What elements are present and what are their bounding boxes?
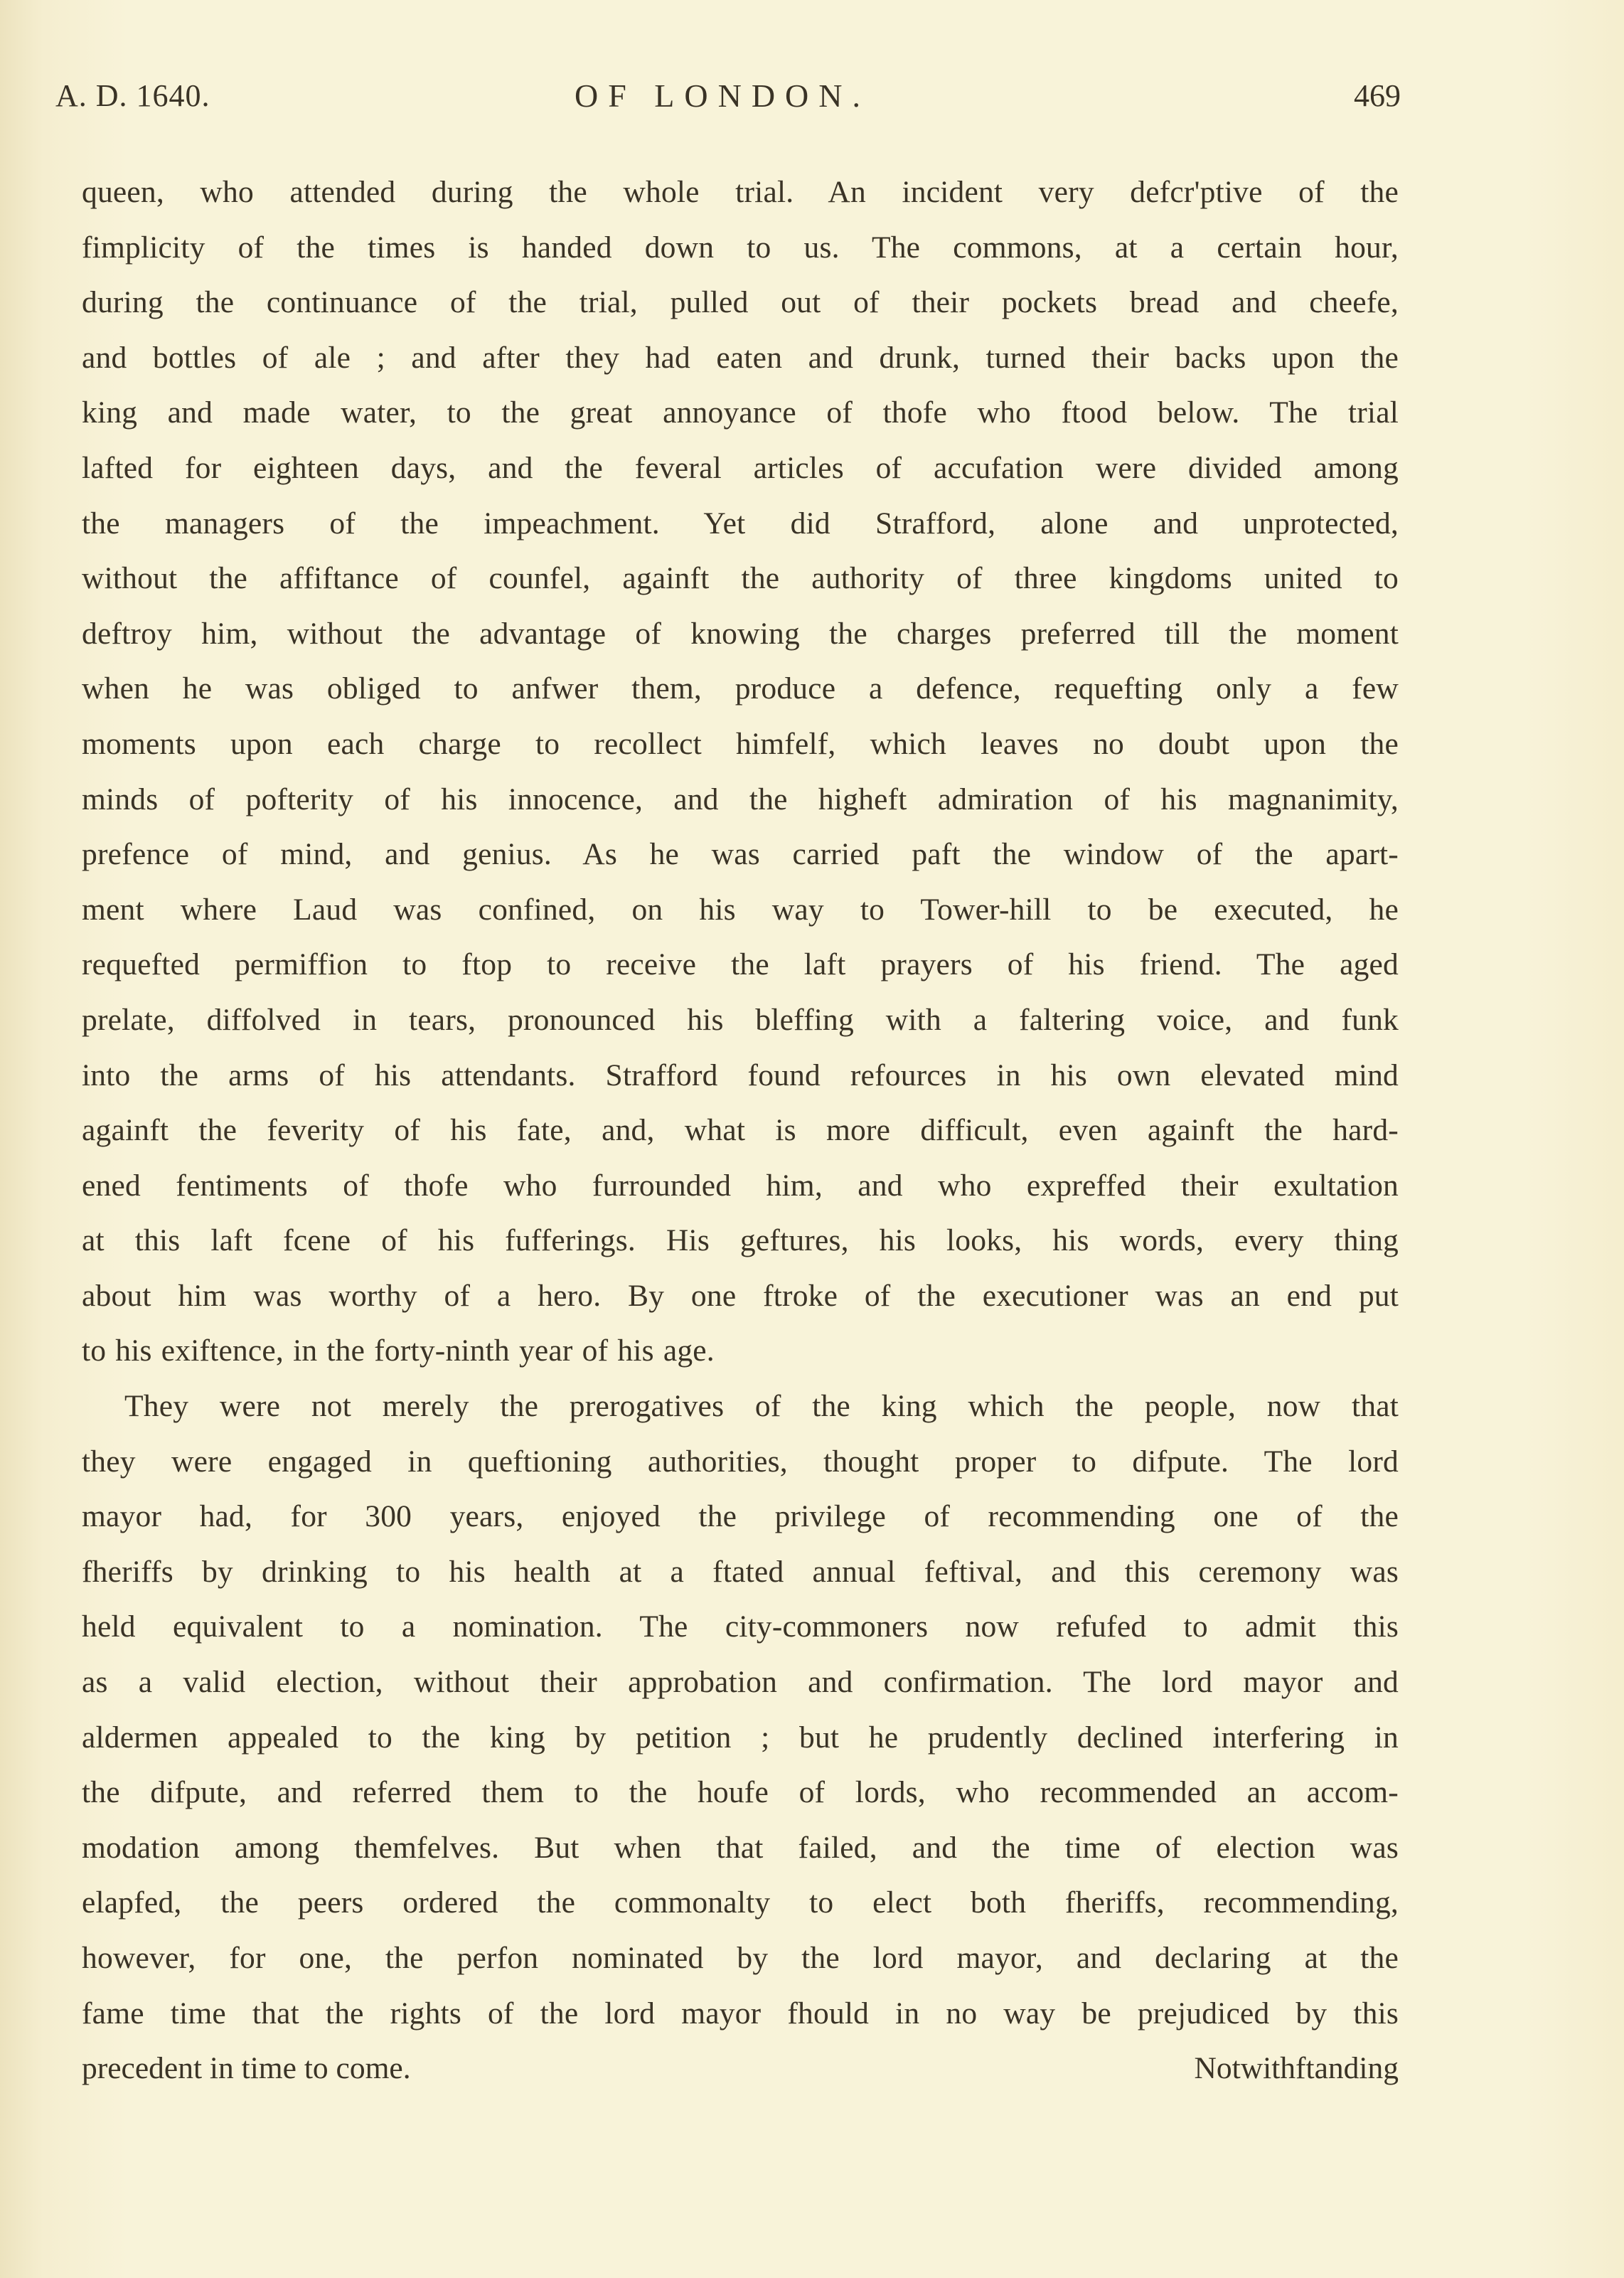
text-line: fimplicity of the times is handed down t… <box>82 220 1399 276</box>
text-line: they were engaged in queftioning authori… <box>82 1435 1399 1490</box>
text-line: and bottles of ale ; and after they had … <box>82 331 1399 386</box>
book-page: A. D. 1640. OF LONDON. 469 queen, who at… <box>0 0 1624 2278</box>
body-text: queen, who attended during the whole tri… <box>82 165 1399 2097</box>
text-line: mayor had, for 300 years, enjoyed the pr… <box>82 1489 1399 1545</box>
text-line: aldermen appealed to the king by petitio… <box>82 1710 1399 1766</box>
text-line: held equivalent to a nomination. The cit… <box>82 1600 1399 1655</box>
text-line: to his exiftence, in the forty-ninth yea… <box>82 1324 1399 1379</box>
text-line: elapfed, the peers ordered the commonalt… <box>82 1875 1399 1931</box>
text-line: requefted permiffion to ftop to receive … <box>82 937 1399 993</box>
text-line: prefence of mind, and genius. As he was … <box>82 827 1399 883</box>
text-line: ment where Laud was confined, on his way… <box>82 883 1399 938</box>
text-line: deftroy him, without the advantage of kn… <box>82 607 1399 662</box>
text-line: when he was obliged to anfwer them, prod… <box>82 661 1399 717</box>
text-line: into the arms of his attendants. Straffo… <box>82 1048 1399 1104</box>
text-line: They were not merely the prerogatives of… <box>82 1379 1399 1435</box>
final-line-row: precedent in time to come. Notwithftandi… <box>82 2041 1399 2097</box>
text-line: without the affiftance of counfel, again… <box>82 551 1399 607</box>
text-line: queen, who attended during the whole tri… <box>82 165 1399 220</box>
text-line: ened fentiments of thofe who furrounded … <box>82 1159 1399 1214</box>
text-line: as a valid election, without their appro… <box>82 1655 1399 1710</box>
paragraph: They were not merely the prerogatives of… <box>82 1379 1399 2041</box>
running-head: A. D. 1640. OF LONDON. 469 <box>55 71 1401 121</box>
text-line: lafted for eighteen days, and the fevera… <box>82 441 1399 496</box>
text-line: king and made water, to the great annoya… <box>82 385 1399 441</box>
running-head-title: OF LONDON. <box>575 71 870 121</box>
final-line-text: precedent in time to come. <box>82 2041 411 2097</box>
text-line: modation among themfelves. But when that… <box>82 1821 1399 1876</box>
text-line: about him was worthy of a hero. By one f… <box>82 1269 1399 1324</box>
text-line: fheriffs by drinking to his health at a … <box>82 1545 1399 1600</box>
page-number: 469 <box>1354 71 1401 121</box>
catchword: Notwithftanding <box>1194 2041 1399 2097</box>
text-line: during the continuance of the trial, pul… <box>82 275 1399 331</box>
text-line: however, for one, the perfon nominated b… <box>82 1931 1399 1986</box>
text-line: prelate, diffolved in tears, pronounced … <box>82 993 1399 1048</box>
running-head-date: A. D. 1640. <box>55 71 210 121</box>
text-line: fame time that the rights of the lord ma… <box>82 1986 1399 2042</box>
paragraphs: queen, who attended during the whole tri… <box>82 165 1399 2041</box>
text-line: moments upon each charge to recollect hi… <box>82 717 1399 772</box>
text-line: the difpute, and referred them to the ho… <box>82 1765 1399 1821</box>
text-line: at this laft fcene of his fufferings. Hi… <box>82 1213 1399 1269</box>
text-line: the managers of the impeachment. Yet did… <box>82 496 1399 552</box>
text-line: minds of pofterity of his innocence, and… <box>82 772 1399 828</box>
paragraph: queen, who attended during the whole tri… <box>82 165 1399 1379</box>
text-line: againft the feverity of his fate, and, w… <box>82 1103 1399 1159</box>
